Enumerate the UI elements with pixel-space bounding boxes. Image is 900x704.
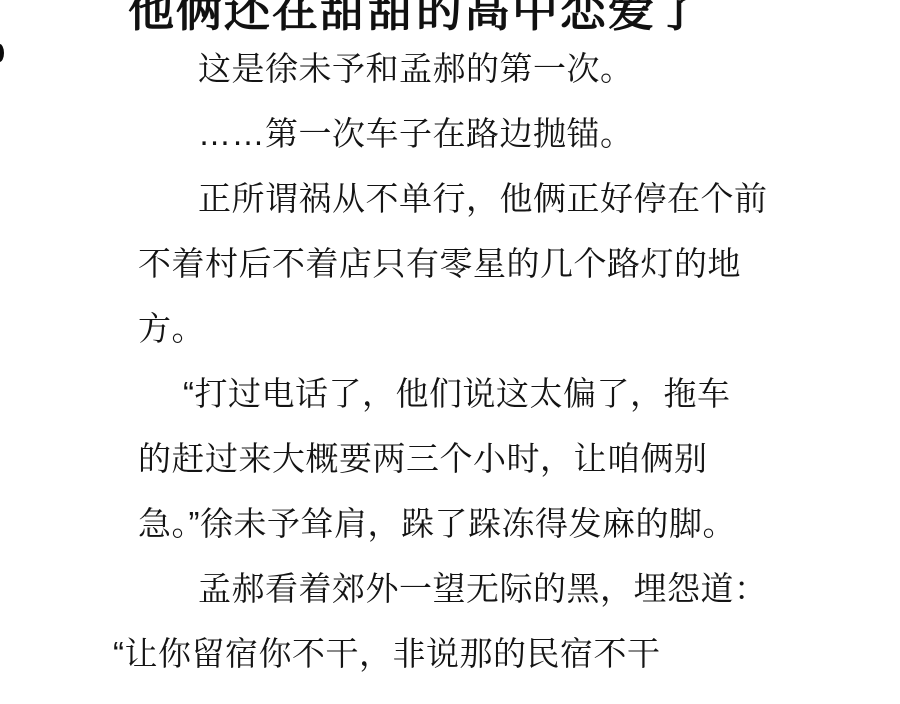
story-line: 急。”徐未予耸肩，跺了跺冻得发麻的脚。 <box>0 491 900 556</box>
chapter-title: 他俩还在甜甜的高中恋爱了 <box>128 0 704 40</box>
story-line: 孟郝看着郊外一望无际的黑，埋怨道： <box>0 556 900 621</box>
story-line: “让你留宿你不干，非说那的民宿不干 <box>0 621 900 686</box>
reader-page[interactable]: 他俩还在甜甜的高中恋爱了 这是徐未予和孟郝的第一次。 ……第一次车子在路边抛锚。… <box>0 0 900 704</box>
story-line: 不着村后不着店只有零星的几个路灯的地 <box>0 231 900 296</box>
story-line: 正所谓祸从不单行，他俩正好停在个前 <box>0 166 900 231</box>
story-line: 的赶过来大概要两三个小时，让咱俩别 <box>0 426 900 491</box>
story-line: 方。 <box>0 296 900 361</box>
story-text-block: 这是徐未予和孟郝的第一次。 ……第一次车子在路边抛锚。 正所谓祸从不单行，他俩正… <box>0 36 900 686</box>
story-line: ……第一次车子在路边抛锚。 <box>0 101 900 166</box>
story-line: “打过电话了，他们说这太偏了，拖车 <box>0 361 900 426</box>
story-line: 这是徐未予和孟郝的第一次。 <box>0 36 900 101</box>
